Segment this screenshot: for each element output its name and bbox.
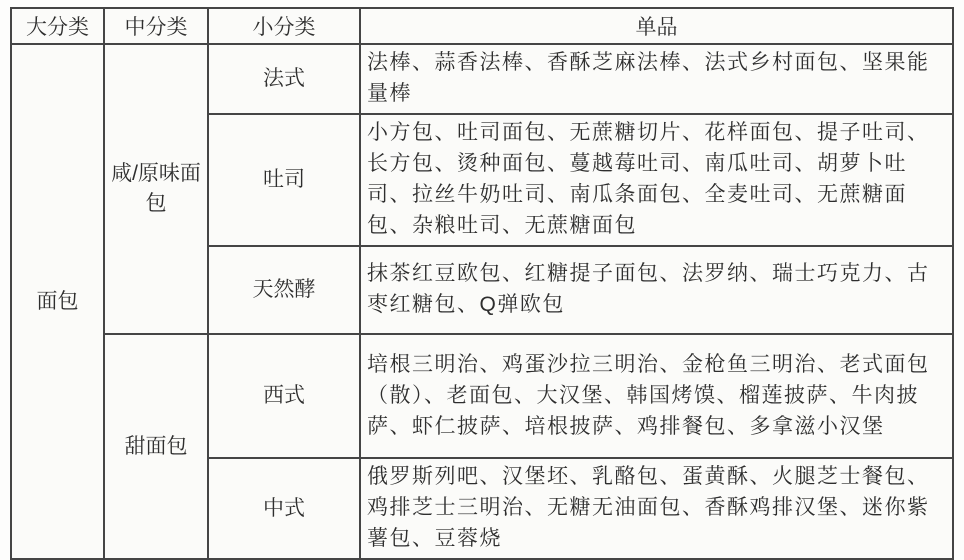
cell-mid-savory-plain: 咸/原味面包 <box>104 44 208 334</box>
bread-category-table: 大分类 中分类 小分类 单品 面包 咸/原味面包 法式 法棒、蒜香法棒、香酥芝麻… <box>10 7 954 536</box>
table-row: 甜面包 西式 培根三明治、鸡蛋沙拉三明治、金枪鱼三明治、老式面包（散）、老面包、… <box>11 334 953 458</box>
cell-items-western: 培根三明治、鸡蛋沙拉三明治、金枪鱼三明治、老式面包（散）、老面包、大汉堡、韩国烤… <box>360 334 953 458</box>
cell-major-bread: 面包 <box>11 44 104 536</box>
header-major-category: 大分类 <box>11 8 104 44</box>
cell-items-toast: 小方包、吐司面包、无蔗糖切片、花样面包、提子吐司、长方包、烫种面包、蔓越莓吐司、… <box>360 114 953 246</box>
table-row: 面包 咸/原味面包 法式 法棒、蒜香法棒、香酥芝麻法棒、法式乡村面包、坚果能量棒 <box>11 44 953 114</box>
cell-sub-french: 法式 <box>208 44 360 114</box>
header-mid-category: 中分类 <box>104 8 208 44</box>
cell-items-french: 法棒、蒜香法棒、香酥芝麻法棒、法式乡村面包、坚果能量棒 <box>360 44 953 114</box>
cell-sub-chinese: 中式 <box>208 458 360 536</box>
header-items: 单品 <box>360 8 953 44</box>
cell-sub-natural-yeast: 天然酵 <box>208 246 360 334</box>
cell-sub-western: 西式 <box>208 334 360 458</box>
header-sub-category: 小分类 <box>208 8 360 44</box>
cell-mid-sweet: 甜面包 <box>104 334 208 536</box>
cell-items-chinese: 俄罗斯列吧、汉堡坯、乳酪包、蛋黄酥、火腿芝士餐包、鸡排芝士三明治、无糖无油面包、… <box>360 458 953 536</box>
bread-category-table-container: 大分类 中分类 小分类 单品 面包 咸/原味面包 法式 法棒、蒜香法棒、香酥芝麻… <box>10 7 954 536</box>
header-row: 大分类 中分类 小分类 单品 <box>11 8 953 44</box>
cell-sub-toast: 吐司 <box>208 114 360 246</box>
cell-items-natural-yeast: 抹茶红豆欧包、红糖提子面包、法罗纳、瑞士巧克力、古枣红糖包、Q弹欧包 <box>360 246 953 334</box>
